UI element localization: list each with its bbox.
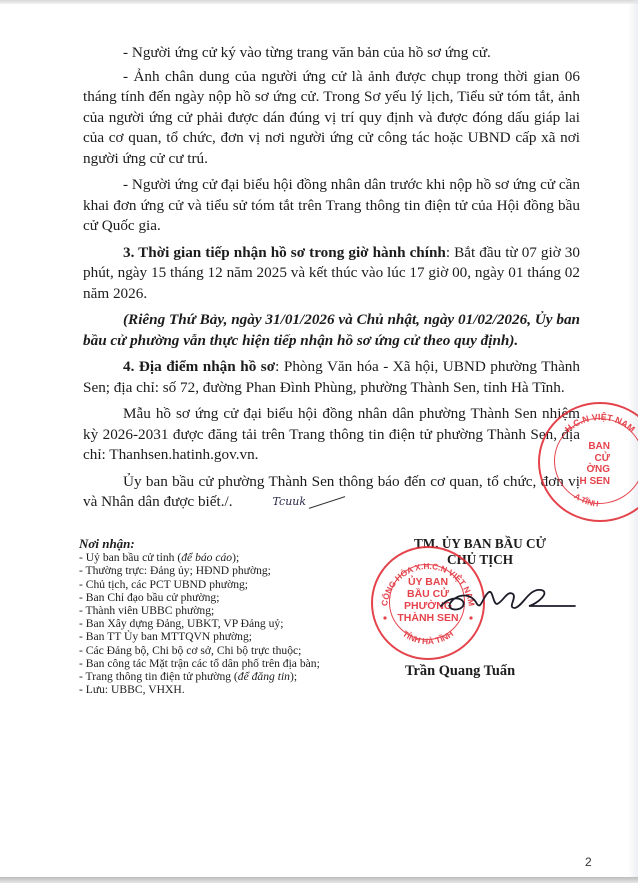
recipient-item: - Ban TT Ủy ban MTTQVN phường; bbox=[79, 630, 369, 643]
paragraph-portrait: - Ảnh chân dung của người ứng cử là ảnh … bbox=[83, 67, 580, 170]
recipient-item: - Lưu: UBBC, VHXH. bbox=[79, 683, 369, 696]
recipient-item: - Ban công tác Mặt trận các tổ dân phố t… bbox=[79, 657, 369, 670]
recipient-item: - Thành viên UBBC phường; bbox=[79, 604, 369, 617]
page-number: 2 bbox=[585, 855, 592, 869]
scan-top-edge bbox=[0, 0, 638, 4]
section-4-heading: 4. Địa điểm nhận hồ sơ bbox=[123, 358, 275, 375]
side-stamp: H.C.N VIỆT NAM A TĨNH BANCỬỜNGH SEN bbox=[538, 402, 638, 522]
paragraph-template-notice: Mẫu hồ sơ ứng cử đại biểu hội đồng nhân … bbox=[83, 404, 580, 466]
recipients-list: - Uỷ ban bầu cử tỉnh (để báo cáo);- Thườ… bbox=[79, 551, 369, 696]
signer-name: Trần Quang Tuấn bbox=[405, 663, 515, 680]
document-body: - Người ứng cử ký vào từng trang văn bản… bbox=[83, 43, 580, 519]
svg-text:H.C.N VIỆT NAM: H.C.N VIỆT NAM bbox=[563, 411, 637, 434]
closing-text: Ủy ban bầu cử phường Thành Sen thông báo… bbox=[83, 473, 580, 511]
recipient-item: - Ban Xây dựng Đảng, UBKT, VP Đảng uỷ; bbox=[79, 617, 369, 630]
recipient-item: - Uỷ ban bầu cử tỉnh (để báo cáo); bbox=[79, 551, 369, 564]
initials-mark: Tcuuk bbox=[233, 492, 306, 513]
section-3-heading: 3. Thời gian tiếp nhận hồ sơ trong giờ h… bbox=[123, 244, 446, 261]
recipient-item: - Ban Chỉ đạo bầu cử phường; bbox=[79, 591, 369, 604]
recipient-item: - Chủ tịch, các PCT UBND phường; bbox=[79, 578, 369, 591]
handwritten-signature bbox=[437, 580, 577, 620]
scan-bottom-edge bbox=[0, 877, 638, 883]
initials-stroke bbox=[309, 496, 345, 509]
svg-text:A TĨNH: A TĨNH bbox=[572, 492, 599, 509]
section-3-receiving-time: 3. Thời gian tiếp nhận hồ sơ trong giờ h… bbox=[83, 243, 580, 305]
recipients-title: Nơi nhận: bbox=[79, 537, 369, 550]
side-stamp-center-text: BANCỬỜNGH SEN bbox=[550, 441, 610, 487]
recipient-item: - Trang thông tin điện tử phường (để đăn… bbox=[79, 670, 369, 683]
recipient-item: - Các Đảng bộ, Chi bộ cơ sở, Chi bộ trực… bbox=[79, 644, 369, 657]
recipient-item: - Thường trực: Đảng ủy; HĐND phường; bbox=[79, 564, 369, 577]
paragraph-closing: Ủy ban bầu cử phường Thành Sen thông báo… bbox=[83, 472, 580, 513]
paragraph-online-declaration: - Người ứng cử đại biểu hội đồng nhân dâ… bbox=[83, 175, 580, 237]
section-4-location: 4. Địa điểm nhận hồ sơ: Phòng Văn hóa - … bbox=[83, 357, 580, 398]
section-3-weekend-note: (Riêng Thứ Bảy, ngày 31/01/2026 và Chủ n… bbox=[83, 310, 580, 351]
paragraph-signing: - Người ứng cử ký vào từng trang văn bản… bbox=[83, 43, 580, 64]
recipients-block: Nơi nhận: - Uỷ ban bầu cử tỉnh (để báo c… bbox=[79, 537, 369, 696]
svg-text:TỈNH HÀ TĨNH: TỈNH HÀ TĨNH bbox=[401, 628, 455, 646]
